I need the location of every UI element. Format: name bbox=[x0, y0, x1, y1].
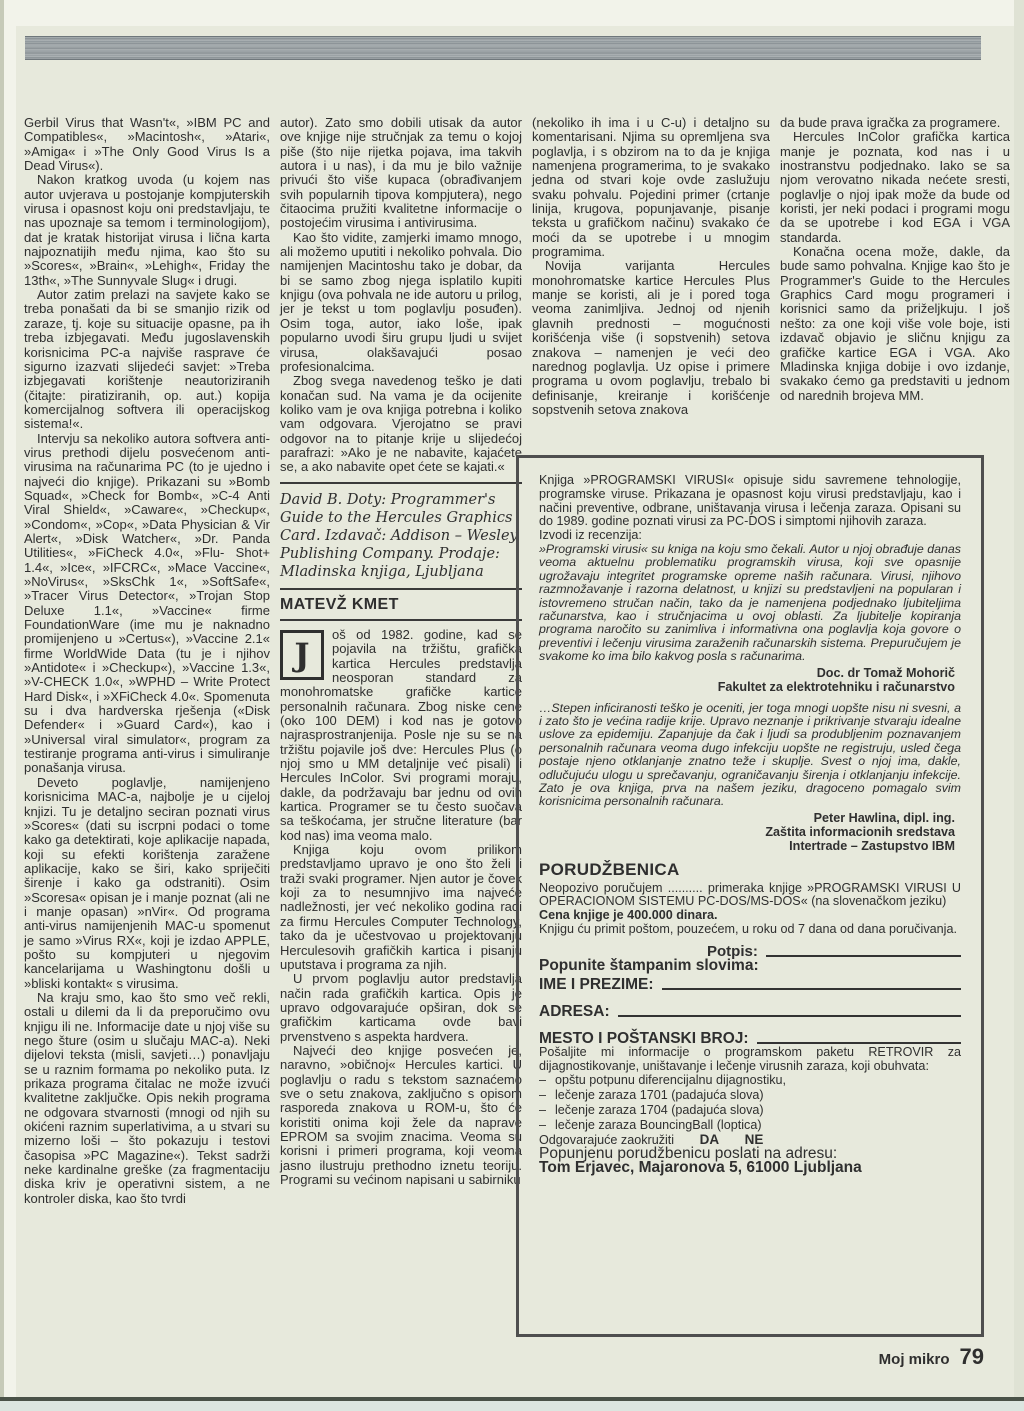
paragraph: Najveći deo knjige posvećen je, naravno,… bbox=[280, 1044, 522, 1187]
retrovir-item-text: lečenje zaraza BouncingBall (loptica) bbox=[555, 1119, 762, 1133]
retrovir-item-text: lečenje zaraza 1701 (padajuća slova) bbox=[555, 1089, 764, 1103]
send-to-address: Tom Erjavec, Majaronova 5, 61000 Ljublja… bbox=[539, 1161, 961, 1175]
paragraph: Na kraju smo, kao što smo več rekli, ost… bbox=[24, 991, 270, 1206]
scan-edge-top bbox=[0, 0, 1024, 26]
price-line: Cena knjige je 400.000 dinara. bbox=[539, 909, 961, 923]
fill-in-capitals-label: Popunite štampanim slovima: bbox=[539, 959, 961, 973]
delivery-line: Knjigu ću primit poštom, pouzećem, u rok… bbox=[539, 923, 961, 937]
review-attribution-2: Peter Hawlina, dipl. ing. Zaštita inform… bbox=[539, 811, 961, 853]
book-description: Knjiga »PROGRAMSKI VIRUSI« opisuje sidu … bbox=[539, 474, 961, 529]
drop-cap: J bbox=[280, 630, 324, 680]
article-column-4: da bude prava igračka za programere. Her… bbox=[780, 116, 1010, 403]
book-info: David B. Doty: Programmer's Guide to the… bbox=[280, 491, 522, 581]
address-label: ADRESA: bbox=[539, 1005, 610, 1019]
signature-line bbox=[766, 955, 961, 957]
address-line bbox=[618, 1015, 961, 1017]
scan-edge-left bbox=[0, 0, 16, 1399]
magazine-name: Moj mikro bbox=[879, 1351, 950, 1368]
paragraph: Knjiga koju ovom prilikom predstavljamo … bbox=[280, 843, 522, 972]
paragraph: da bude prava igračka za programere. bbox=[780, 116, 1010, 130]
scan-edge-bottom bbox=[0, 1401, 1024, 1411]
dash: – bbox=[539, 1074, 555, 1088]
reviewer-affiliation: Zaštita informacionih sredstava bbox=[539, 825, 955, 839]
reviewer-name: Peter Hawlina, dipl. ing. bbox=[539, 811, 955, 825]
paragraph: Intervju sa nekoliko autora softvera ant… bbox=[24, 432, 270, 776]
scan-edge-right bbox=[1014, 0, 1024, 1399]
retrovir-request: Pošaljite mi informacije o programskom p… bbox=[539, 1046, 961, 1074]
paragraph: Deveto poglavlje, namijenjeno korisnicim… bbox=[24, 776, 270, 991]
paragraph: Autor zatim prelazi na savjete kako se t… bbox=[24, 288, 270, 431]
reviewer-affiliation: Fakultet za elektrotehniku i računarstvo bbox=[539, 680, 955, 694]
order-form-title: PORUDŽBENICA bbox=[539, 863, 961, 877]
name-label: IME I PREZIME: bbox=[539, 978, 654, 992]
paragraph: U prvom poglavlju autor predstavlja nači… bbox=[280, 972, 522, 1044]
page-footer: Moj mikro 79 bbox=[879, 1344, 984, 1370]
city-row: MESTO I POŠTANSKI BROJ: bbox=[539, 1032, 961, 1046]
retrovir-item-text: lečenje zaraza 1704 (padajuća slova) bbox=[555, 1104, 764, 1118]
retrovir-item: – opštu potpunu diferencijalnu dijagnost… bbox=[539, 1074, 961, 1088]
dash: – bbox=[539, 1119, 555, 1133]
review-quote-1: »Programski virusi« su kniga na koju smo… bbox=[539, 543, 961, 664]
paragraph: Nakon kratkog uvoda (u kojem nas autor u… bbox=[24, 173, 270, 288]
programski-virusi-box: Knjiga »PROGRAMSKI VIRUSI« opisuje sidu … bbox=[516, 455, 984, 1337]
article-column-3: (nekoliko ih ima i u C-u) i detaljno su … bbox=[532, 116, 770, 417]
review-quote-2: …Stepen inficiranosti teško je oceniti, … bbox=[539, 702, 961, 809]
order-form: PORUDŽBENICA Neopozivo poručujem .......… bbox=[539, 863, 961, 1175]
name-line bbox=[662, 988, 961, 990]
retrovir-item: – lečenje zaraza 1704 (padajuća slova) bbox=[539, 1104, 961, 1118]
divider-rule bbox=[280, 619, 522, 621]
paragraph: autor). Zato smo dobili utisak da autor … bbox=[280, 116, 522, 231]
yes-option: DA bbox=[700, 1132, 720, 1147]
address-row: ADRESA: bbox=[539, 1005, 961, 1019]
paragraph: (nekoliko ih ima i u C-u) i detaljno su … bbox=[532, 116, 770, 259]
reviewer-name: Doc. dr Tomaž Mohorič bbox=[539, 666, 955, 680]
reviewer-affiliation: Intertrade – Zastupstvo IBM bbox=[539, 839, 955, 853]
no-option: NE bbox=[745, 1132, 764, 1147]
article-column-1: Gerbil Virus that Wasn't«, »IBM PC and C… bbox=[24, 116, 270, 1206]
retrovir-item-text: opštu potpunu diferencijalnu dijagnostik… bbox=[555, 1074, 786, 1088]
paragraph: Zbog svega navedenog teško je dati konač… bbox=[280, 374, 522, 474]
city-line bbox=[757, 1042, 961, 1044]
paragraph: Hercules InColor grafička kartica manje … bbox=[780, 130, 1010, 245]
dash: – bbox=[539, 1104, 555, 1118]
city-label: MESTO I POŠTANSKI BROJ: bbox=[539, 1032, 749, 1046]
lead-paragraph: Još od 1982. godine, kad se pojavila na … bbox=[280, 628, 522, 843]
retrovir-item: – lečenje zaraza 1701 (padajuća slova) bbox=[539, 1089, 961, 1103]
reviews-label: Izvodi iz recenzija: bbox=[539, 529, 961, 543]
review-attribution-1: Doc. dr Tomaž Mohorič Fakultet za elektr… bbox=[539, 666, 961, 694]
article-column-2: autor). Zato smo dobili utisak da autor … bbox=[280, 116, 522, 1187]
decorative-striped-bar bbox=[25, 36, 981, 60]
paragraph: Novija varijanta Hercules monohromatske … bbox=[532, 259, 770, 417]
name-row: IME I PREZIME: bbox=[539, 978, 961, 992]
order-statement: Neopozivo poručujem .......... primeraka… bbox=[539, 882, 961, 910]
paragraph: Konačna ocena može, dakle, da bude samo … bbox=[780, 245, 1010, 403]
divider-rule bbox=[280, 482, 522, 484]
retrovir-item: – lečenje zaraza BouncingBall (loptica) bbox=[539, 1119, 961, 1133]
dash: – bbox=[539, 1089, 555, 1103]
page-number: 79 bbox=[960, 1344, 984, 1370]
divider-rule bbox=[280, 588, 522, 590]
paragraph: Gerbil Virus that Wasn't«, »IBM PC and C… bbox=[24, 116, 270, 173]
author-byline: MATEVŽ KMET bbox=[280, 598, 522, 612]
paragraph: Kao što vidite, zamjerki imamo mnogo, al… bbox=[280, 231, 522, 374]
